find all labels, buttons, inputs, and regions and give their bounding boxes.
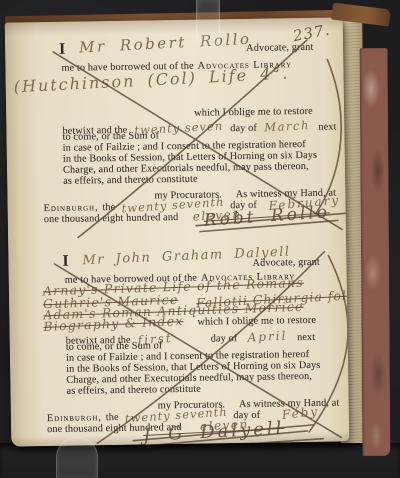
printed-opening-initial: I: [62, 254, 68, 270]
printed-oblige-line: which I oblige me to restore: [197, 316, 316, 328]
printed-opening-initial: I: [59, 42, 65, 58]
printed-day-of: day of: [211, 333, 238, 344]
handwritten-signed-month: Feby: [282, 405, 320, 421]
handwritten-return-month: April: [247, 330, 287, 344]
printed-day-of: day of: [230, 123, 257, 134]
signature-dalyell: J G Dalyell: [143, 420, 285, 445]
handwritten-borrower-name: Mr Robert Rollo: [79, 32, 252, 56]
printed-next: next: [318, 121, 336, 132]
page-number: 237.: [292, 20, 332, 45]
book-weight-tab-bottom: [56, 437, 98, 478]
handwritten-book-title: (Hutchinson (Col) Life 4°.: [13, 65, 289, 95]
photograph-of-borrowing-register: 237. I Mr Robert Rollo Advocate, grant m…: [0, 0, 400, 478]
book-weight-tab-top: [196, 0, 220, 47]
printed-year-line: one thousand eight hundred and: [44, 212, 179, 225]
handwritten-return-month: March: [265, 120, 311, 134]
marbled-board-edge: [360, 48, 391, 456]
printed-advocate-grant: Advocate, grant: [246, 43, 313, 54]
register-page: 237. I Mr Robert Rollo Advocate, grant m…: [5, 17, 350, 446]
printed-next: next: [297, 332, 315, 343]
